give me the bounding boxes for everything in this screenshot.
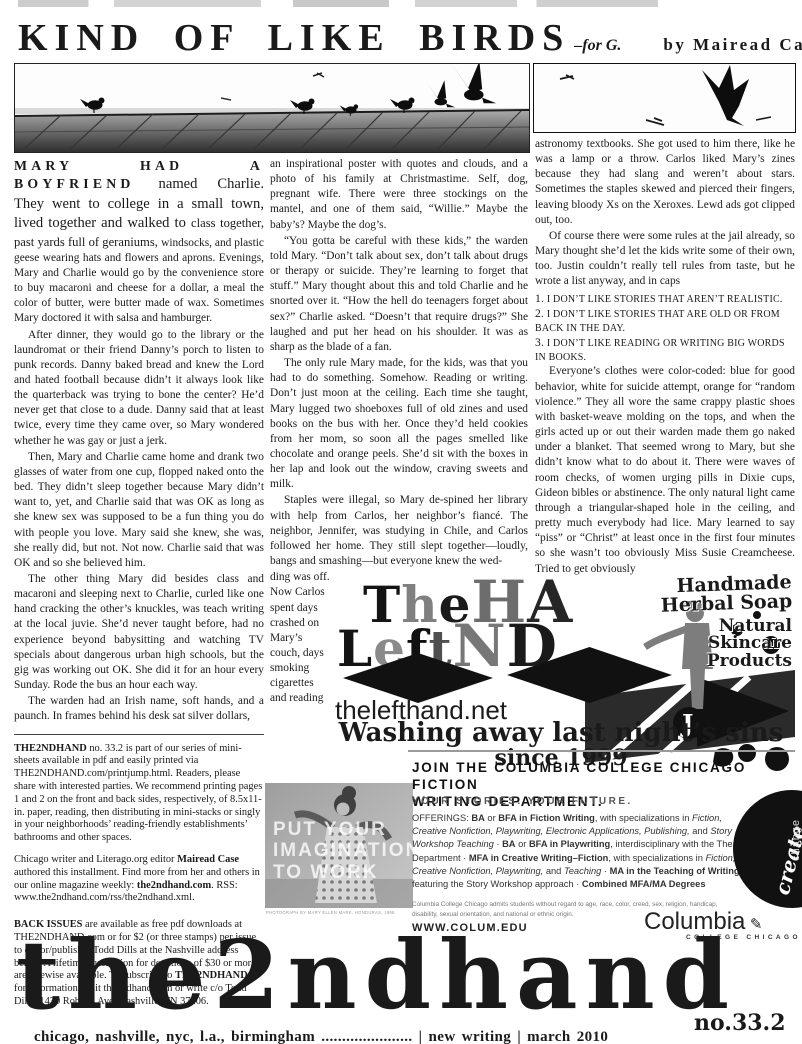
story-paragraph: an inspirational poster with quotes and … xyxy=(270,157,528,233)
ad-divider-line xyxy=(408,750,795,752)
rule-item: 3. I DON’T LIKE READING OR WRITING BIG W… xyxy=(535,335,795,364)
issue-number: no.33.2 xyxy=(694,1010,786,1036)
kids-rules-list: 1. I DON’T LIKE STORIES THAT AREN’T REAL… xyxy=(535,291,795,365)
soap-ad-tagline: Washing away last night’s sins xyxy=(335,718,787,748)
story-paragraph: The warden had an Irish name, soft hands… xyxy=(14,694,264,724)
rule-text: I DON’T LIKE READING OR WRITING BIG WORD… xyxy=(535,338,785,363)
info-paragraph: THE2NDHAND no. 33.2 is part of our serie… xyxy=(14,743,264,845)
info-paragraph: Chicago writer and Literago.org editor M… xyxy=(14,854,264,905)
birds-photo-left xyxy=(14,63,530,153)
columbia-subheadline: YOUR STORIES. YOUR FUTURE. xyxy=(412,796,633,807)
story-column-3: astronomy textbooks. She got used to him… xyxy=(535,137,795,578)
rule-number: 3. xyxy=(535,336,544,349)
badge-change-text: change xyxy=(790,819,802,861)
photo-overlay-text: PUT YOUR IMAGINATION TO WORK xyxy=(273,819,403,883)
story-paragraph: astronomy textbooks. She got used to him… xyxy=(535,137,795,228)
story-paragraph: Everyone’s clothes were color-coded: blu… xyxy=(535,364,795,576)
byline: by Mairead Case xyxy=(663,35,802,55)
masthead-title: the2ndhand xyxy=(16,928,737,1023)
lefthand-soap-ad: J TheHA LeftND Handmade Herbal Soap Natu… xyxy=(335,577,795,777)
rule-number: 2. xyxy=(535,307,544,320)
page-title: KIND OF LIKE BIRDS xyxy=(18,16,570,60)
birds-photo-right xyxy=(533,63,796,133)
story-paragraph: The only rule Mary made, for the kids, w… xyxy=(270,356,528,492)
scan-artifact-strip xyxy=(18,0,658,7)
rule-item: 1. I DON’T LIKE STORIES THAT AREN’T REAL… xyxy=(535,291,795,307)
story-paragraph: After dinner, they would go to the libra… xyxy=(14,328,264,449)
dancer-photo: PUT YOUR IMAGINATION TO WORK xyxy=(265,783,413,908)
rule-item: 2. I DON’T LIKE STORIES THAT ARE OLD OR … xyxy=(535,306,795,335)
masthead: the2ndhand no.33.2 chicago, nashville, n… xyxy=(10,928,796,1040)
birds-on-roof-image xyxy=(15,64,529,152)
rule-text: I DON’T LIKE STORIES THAT AREN’T REALIST… xyxy=(547,294,783,305)
story-wrap-column: ding was off. Now Carlos spent days cras… xyxy=(270,570,332,706)
story-paragraph: Then, Mary and Charlie came home and dra… xyxy=(14,450,264,571)
header: KIND OF LIKE BIRDS –for G. by Mairead Ca… xyxy=(18,16,790,60)
masthead-tagline: chicago, nashville, nyc, l.a., birmingha… xyxy=(34,1029,608,1044)
rule-text: I DON’T LIKE STORIES THAT ARE OLD OR FRO… xyxy=(535,309,780,334)
rule-number: 1. xyxy=(535,292,544,305)
story-paragraph: “You gotta be careful with these kids,” … xyxy=(270,234,528,355)
zine-page: KIND OF LIKE BIRDS –for G. by Mairead Ca… xyxy=(0,0,802,1044)
soap-ad-products-text: Handmade Herbal Soap xyxy=(569,573,792,619)
story-paragraph: Staples were illegal, so Mary de-spined … xyxy=(270,493,528,569)
dedication: –for G. xyxy=(574,37,621,55)
columbia-offerings: OFFERINGS: BA or BFA in Fiction Writing,… xyxy=(412,812,750,891)
headline-line: JOIN THE COLUMBIA COLLEGE CHICAGO FICTIO… xyxy=(412,760,795,794)
story-lead-paragraph: MARY HAD A BOYFRIEND named Charlie. They… xyxy=(14,157,264,327)
photo-credit: PHOTOGRAPH BY MARY ELLEN MARK, HONDURAS,… xyxy=(266,910,421,916)
story-paragraph: The other thing Mary did besides class a… xyxy=(14,572,264,693)
story-column-1: MARY HAD A BOYFRIEND named Charlie. They… xyxy=(14,157,264,1018)
story-paragraph: Of course there were some rules at the j… xyxy=(535,229,795,290)
flying-bird-image xyxy=(534,64,795,132)
story-text: windsocks, and plastic geese wearing hat… xyxy=(14,237,264,325)
